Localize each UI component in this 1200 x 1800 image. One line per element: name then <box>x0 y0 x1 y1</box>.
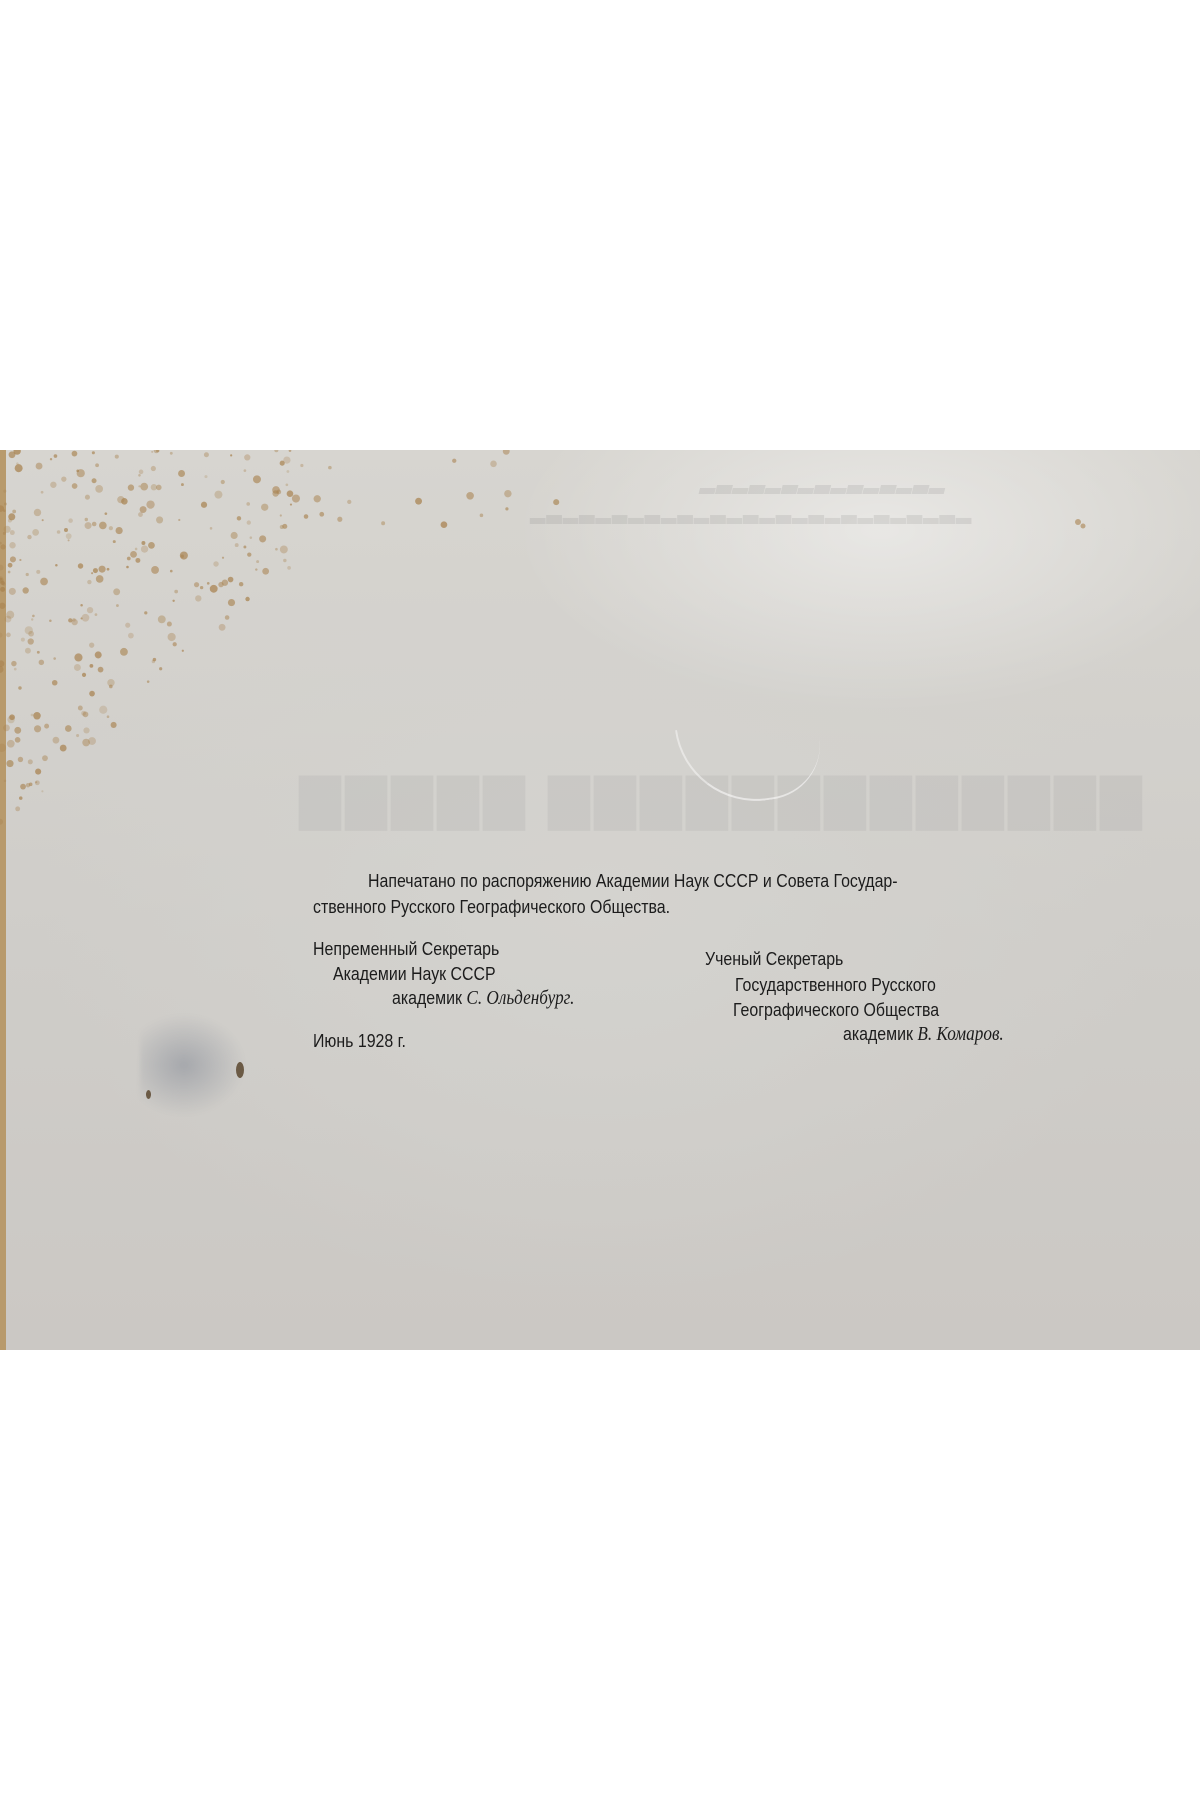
document-page: ▂▃▂▃▂▃▂▃▂▃▂▃▂▃▂ ▂▃▂▃▂▃▂▃▂▃▂▃▂▃▂▃▂▃▂▃▂▃▂▃… <box>0 450 1200 1350</box>
left-signature-title: Непременный Секретарь <box>313 938 499 960</box>
ink-smudge <box>140 1010 250 1120</box>
stain-mark <box>236 1062 244 1078</box>
document-date: Июнь 1928 г. <box>313 1030 406 1052</box>
right-signature-organization-2: Географического Общества <box>733 999 939 1021</box>
right-signature-line: академик В. Комаров. <box>843 1023 1004 1046</box>
right-signature-rank: академик <box>843 1023 913 1044</box>
show-through-text: ▂▃▂▃▂▃▂▃▂▃▂▃▂▃▂ <box>700 470 946 495</box>
right-signature-organization-1: Государственного Русского <box>735 974 936 996</box>
left-signature-name: С. Ольденбург. <box>466 987 574 1009</box>
left-signature-organization: Академии Наук СССР <box>333 963 496 985</box>
paragraph-line-1: Напечатано по распоряжению Академии Наук… <box>368 870 898 892</box>
stain-mark <box>146 1090 151 1099</box>
show-through-text: ▂▃▂▃▂▃▂▃▂▃▂▃▂▃▂▃▂▃▂▃▂▃▂▃▂▃▂ <box>530 500 972 525</box>
left-signature-rank: академик <box>392 987 462 1008</box>
right-signature-name: В. Комаров. <box>917 1023 1003 1045</box>
paragraph-line-2: ственного Русского Географического Общес… <box>313 896 670 918</box>
left-signature-line: академик С. Ольденбург. <box>392 987 574 1010</box>
right-signature-title: Ученый Секретарь <box>705 948 843 970</box>
